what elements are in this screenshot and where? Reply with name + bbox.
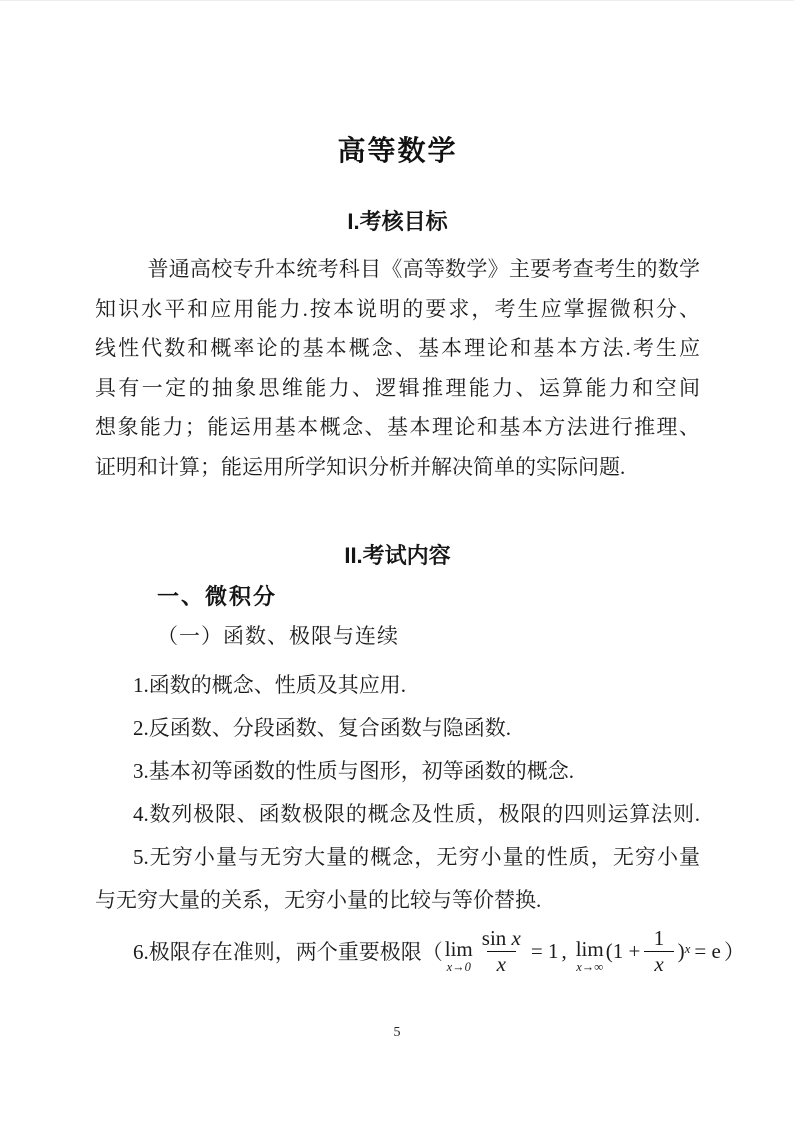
section-heading-exam-content: II.考试内容 (95, 541, 700, 571)
syllabus-item-list: 1.函数的概念、性质及其应用. 2.反函数、分段函数、复合函数与隐函数. 3.基… (95, 664, 700, 984)
document-title: 高等数学 (95, 1, 700, 171)
paragraph-line: 普通高校专升本统考科目《高等数学》主要考查考生的数学 (95, 250, 700, 290)
item-6-text-suffix: ） (724, 936, 745, 966)
objectives-paragraph: 普通高校专升本统考科目《高等数学》主要考查考生的数学 知识水平和应用能力.按本说… (95, 250, 700, 487)
chapter-heading-calculus: 一、微积分 (95, 583, 700, 611)
syllabus-item-6: 6.极限存在准则，两个重要极限（ lim x→0 sin x x = 1, li… (95, 918, 700, 984)
lim-symbol: lim (576, 938, 604, 960)
fraction-one-over-x: 1 x (644, 926, 673, 975)
limit-operator: lim x→∞ (576, 928, 604, 975)
limit-subscript: x→0 (447, 961, 471, 975)
variable-x: x (512, 926, 521, 950)
open-paren-one-plus: (1 + (606, 939, 641, 964)
syllabus-item-4: 4.数列极限、函数极限的概念及性质，极限的四则运算法则. (95, 793, 700, 836)
paragraph-line: 证明和计算；能运用所学知识分析并解决简单的实际问题. (95, 448, 700, 488)
limit-operator: lim x→0 (445, 928, 473, 975)
sin-function: sin (482, 926, 507, 950)
page-number: 5 (0, 1025, 794, 1041)
limit-subscript: x→∞ (576, 961, 603, 975)
paragraph-line: 知识水平和应用能力.按本说明的要求，考生应掌握微积分、 (95, 290, 700, 330)
document-page: 高等数学 I.考核目标 普通高校专升本统考科目《高等数学》主要考查考生的数学 知… (0, 0, 794, 1122)
paragraph-line: 线性代数和概率论的基本概念、基本理论和基本方法.考生应 (95, 329, 700, 369)
fraction-numerator: sin x (479, 926, 524, 950)
syllabus-item-5-line-2: 与无穷大量的关系，无穷小量的比较与等价替换. (95, 879, 700, 922)
power-exponent-x: x (685, 941, 691, 957)
equals-one: = 1 (531, 939, 559, 964)
close-paren: ) (678, 939, 685, 964)
paragraph-line: 想象能力；能运用基本概念、基本理论和基本方法进行推理、 (95, 408, 700, 448)
item-6-text-prefix: 6.极限存在准则，两个重要极限（ (133, 936, 443, 966)
fraction-sinx-over-x: sin x x (479, 926, 524, 975)
paragraph-line: 具有一定的抽象思维能力、逻辑推理能力、运算能力和空间 (95, 369, 700, 409)
section-heading-objectives: I.考核目标 (95, 207, 700, 237)
syllabus-item-1: 1.函数的概念、性质及其应用. (95, 664, 700, 707)
fraction-denominator: x (644, 951, 673, 976)
comma-separator: , (561, 939, 566, 964)
syllabus-item-3: 3.基本初等函数的性质与图形，初等函数的概念. (95, 750, 700, 793)
subsection-heading-functions-limits: （一）函数、极限与连续 (95, 621, 700, 651)
syllabus-item-5: 5.无穷小量与无穷大量的概念，无穷小量的性质，无穷小量 与无穷大量的关系，无穷小… (95, 836, 700, 922)
fraction-numerator: 1 (651, 926, 668, 950)
page-content: 高等数学 I.考核目标 普通高校专升本统考科目《高等数学》主要考查考生的数学 知… (0, 1, 794, 984)
syllabus-item-5-line-1: 5.无穷小量与无穷大量的概念，无穷小量的性质，无穷小量 (95, 836, 700, 879)
limit-formula: lim x→0 sin x x = 1, lim x→∞ (1 + 1 (443, 926, 724, 975)
fraction-denominator: x (487, 951, 516, 976)
equals-e: = e (694, 939, 720, 964)
lim-symbol: lim (445, 938, 473, 960)
syllabus-item-2: 2.反函数、分段函数、复合函数与隐函数. (95, 707, 700, 750)
